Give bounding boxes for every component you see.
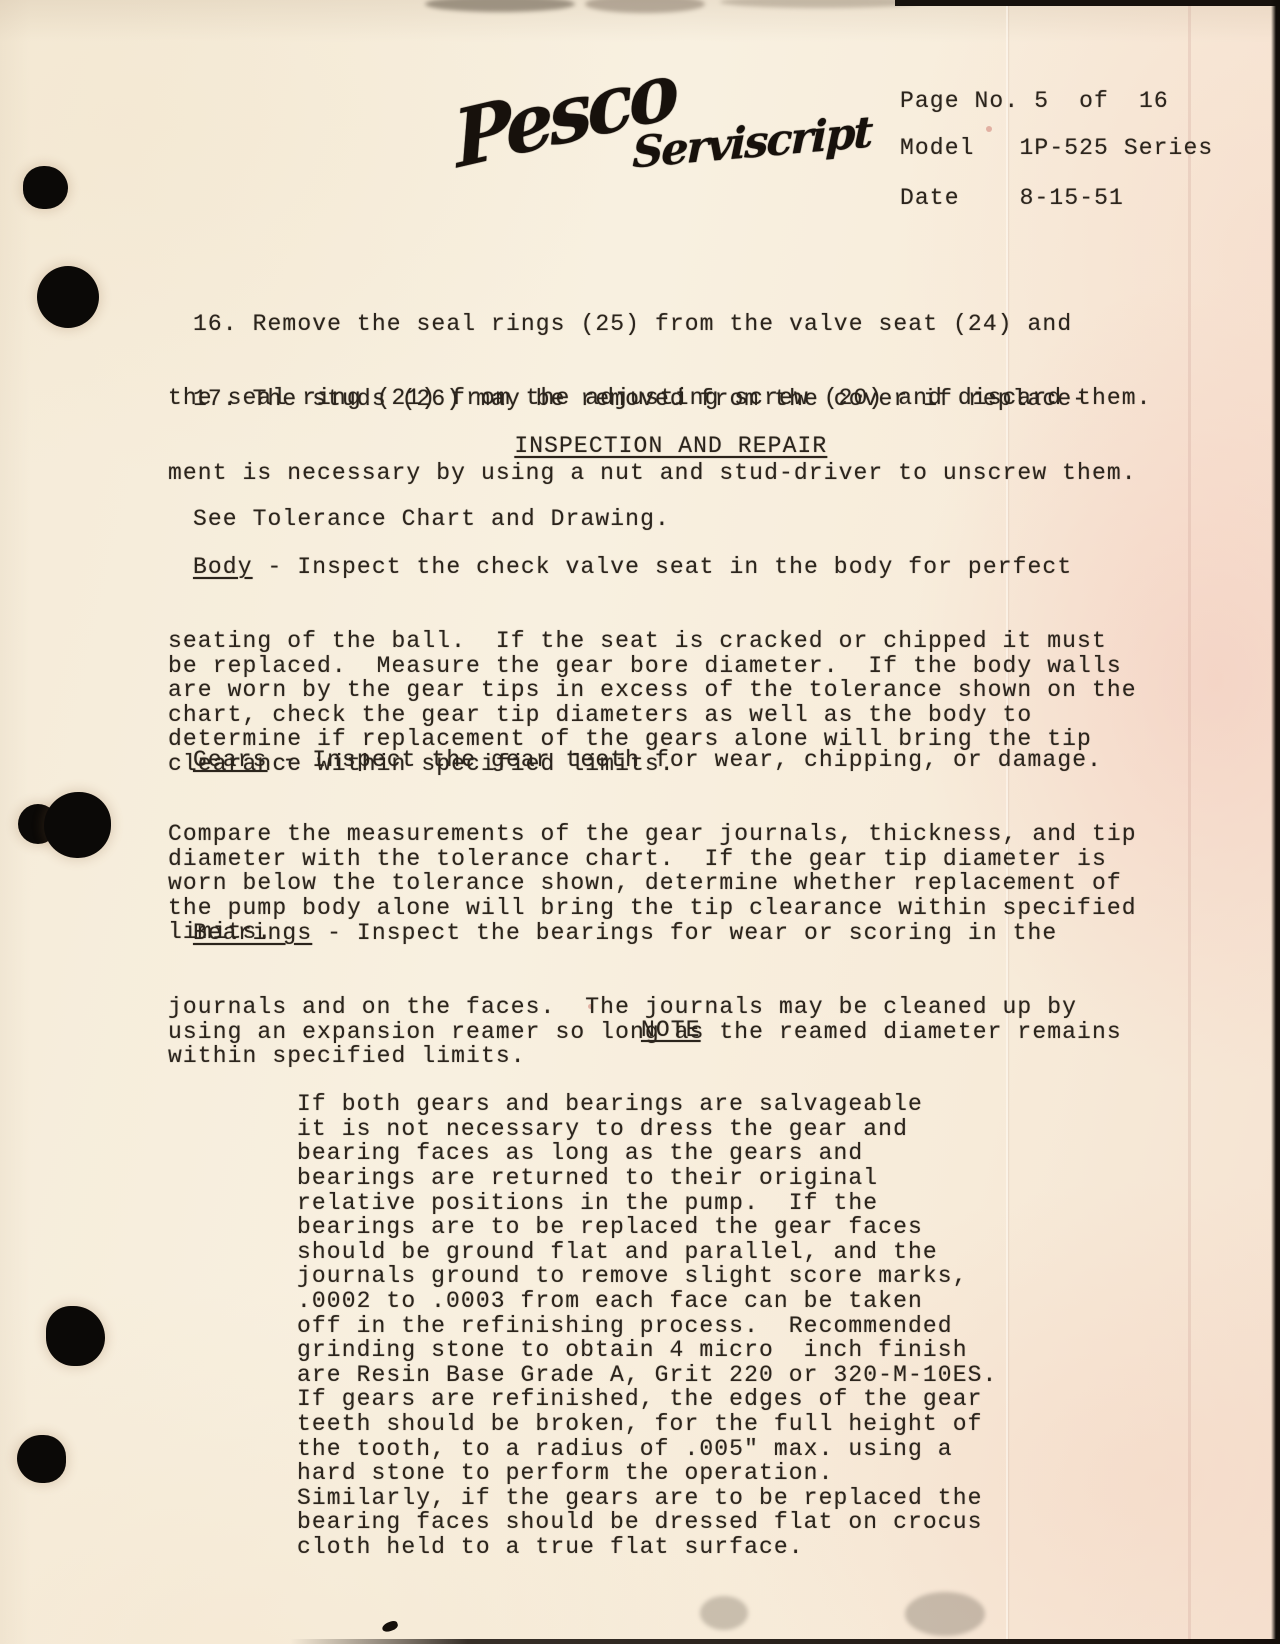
paper-stain bbox=[986, 126, 992, 132]
text-line: relative positions in the pump. If the bbox=[297, 1191, 997, 1216]
header-date-row: Date8-15-51 bbox=[900, 186, 1124, 211]
text-line: diameter with the tolerance chart. If th… bbox=[168, 847, 1137, 872]
paper-crease bbox=[1188, 0, 1191, 1644]
text-line: cloth held to a true flat surface. bbox=[297, 1535, 997, 1560]
bearings-first-rest: - Inspect the bearings for wear or scori… bbox=[312, 920, 1057, 946]
header-model-row: Model1P-525 Series bbox=[900, 136, 1213, 161]
text-line: Similarly, if the gears are to be replac… bbox=[297, 1486, 997, 1511]
model-value: 1P-525 Series bbox=[1020, 136, 1214, 161]
page-total: 16 bbox=[1139, 89, 1169, 114]
text-line: seating of the ball. If the seat is crac… bbox=[168, 629, 1137, 654]
text-line: .0002 to .0003 from each face can be tak… bbox=[297, 1289, 997, 1314]
text-line: If gears are refinished, the edges of th… bbox=[297, 1387, 997, 1412]
punch-hole bbox=[44, 792, 111, 858]
gears-lead: Gears bbox=[193, 747, 268, 773]
note-body: If both gears and bearings are salvageab… bbox=[297, 1043, 997, 1609]
text-line: the tooth, to a radius of .005" max. usi… bbox=[297, 1437, 997, 1462]
text-line: teeth should be broken, for the full hei… bbox=[297, 1412, 997, 1437]
of-label: of bbox=[1079, 89, 1109, 114]
scan-edge-bottom bbox=[290, 1639, 1280, 1644]
punch-hole bbox=[23, 166, 68, 209]
text-line: Body - Inspect the check valve seat in t… bbox=[168, 555, 1137, 580]
date-label: Date bbox=[900, 186, 960, 211]
scan-edge-top bbox=[895, 0, 1280, 6]
body-lead: Body bbox=[193, 554, 253, 580]
punch-hole bbox=[17, 1435, 66, 1483]
section-heading-text: INSPECTION AND REPAIR bbox=[514, 433, 827, 459]
scanned-service-manual-page: Pesco Serviscript Page No.5of16 Model1P-… bbox=[0, 0, 1280, 1644]
text-line: should be ground flat and parallel, and … bbox=[297, 1240, 997, 1265]
text-line: bearings are to be replaced the gear fac… bbox=[297, 1215, 997, 1240]
text-line: Bearings - Inspect the bearings for wear… bbox=[168, 921, 1122, 946]
body-first-rest: - Inspect the check valve seat in the bo… bbox=[253, 554, 1073, 580]
note-lines: If both gears and bearings are salvageab… bbox=[297, 1092, 997, 1559]
text-line: Gears - Inspect the gear teeth for wear,… bbox=[168, 748, 1137, 773]
scan-edge-right bbox=[1271, 0, 1280, 1644]
punch-hole bbox=[46, 1306, 105, 1366]
text-line: off in the refinishing process. Recommen… bbox=[297, 1314, 997, 1339]
header-page-row: Page No.5of16 bbox=[900, 89, 1169, 114]
text-line: If both gears and bearings are salvageab… bbox=[297, 1092, 997, 1117]
page-number: 5 bbox=[1034, 89, 1049, 114]
text-line: bearing faces as long as the gears and bbox=[297, 1141, 997, 1166]
text-line: are Resin Base Grade A, Grit 220 or 320-… bbox=[297, 1363, 997, 1388]
text-line: journals ground to remove slight score m… bbox=[297, 1264, 997, 1289]
text-line: bearing faces should be dressed flat on … bbox=[297, 1510, 997, 1535]
model-label: Model bbox=[900, 136, 975, 161]
text-line: be replaced. Measure the gear bore diame… bbox=[168, 654, 1137, 679]
text-line: Compare the measurements of the gear jou… bbox=[168, 822, 1137, 847]
gears-first-rest: - Inspect the gear teeth for wear, chipp… bbox=[268, 747, 1103, 773]
text-line: grinding stone to obtain 4 micro inch fi… bbox=[297, 1338, 997, 1363]
text-line: 16. Remove the seal rings (25) from the … bbox=[168, 312, 1152, 337]
bearings-lead: Bearings bbox=[193, 920, 312, 946]
note-heading-text: NOTE bbox=[641, 1017, 701, 1043]
text-line: bearings are returned to their original bbox=[297, 1166, 997, 1191]
punch-hole bbox=[37, 266, 99, 328]
text-line: hard stone to perform the operation. bbox=[297, 1461, 997, 1486]
date-value: 8-15-51 bbox=[1020, 186, 1124, 211]
text-line: it is not necessary to dress the gear an… bbox=[297, 1117, 997, 1142]
page-label: Page No. bbox=[900, 89, 1019, 114]
